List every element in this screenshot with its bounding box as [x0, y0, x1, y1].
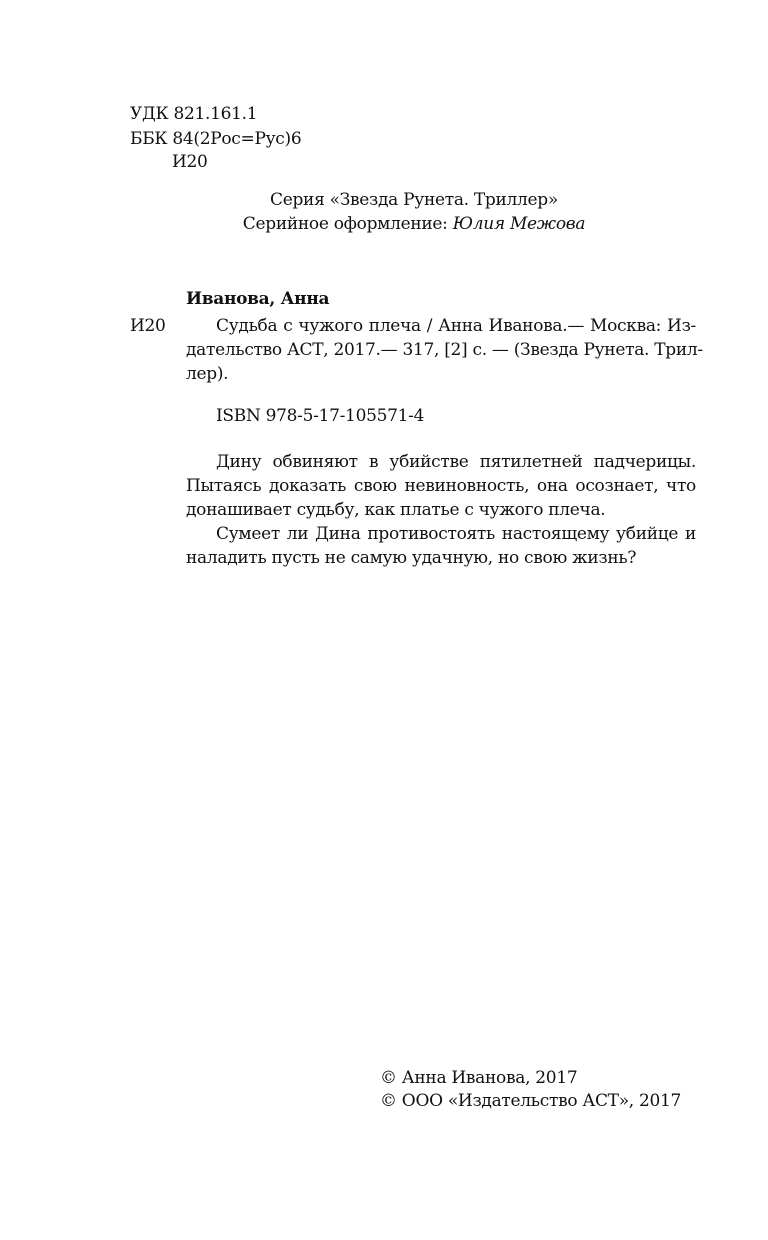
author-heading: Иванова, Анна [186, 288, 329, 310]
bib-description-line: Судьба с чужого плеча / Анна Иванова.— М… [186, 314, 696, 338]
bib-author-sign: И20 [130, 315, 166, 337]
udk-code: УДК 821.161.1 [130, 103, 257, 125]
annotation-line: наладить пусть не самую удачную, но свою… [186, 546, 696, 570]
annotation-line: донашивает судьбу, как платье с чужого п… [186, 498, 696, 522]
copyright-publisher: © ООО «Издательство АСТ», 2017 [380, 1090, 681, 1112]
annotation-line: Пытаясь доказать свою невиновность, она … [186, 474, 696, 498]
bbk-code: ББК 84(2Рос=Рус)6 [130, 128, 301, 150]
series-design-credit: Серийное оформление: Юлия Межова [154, 213, 674, 235]
copyright-author: © Анна Иванова, 2017 [380, 1067, 577, 1089]
isbn: ISBN 978-5-17-105571-4 [216, 405, 424, 427]
annotation-line: Дину обвиняют в убийстве пятилетней падч… [186, 450, 696, 474]
bib-description-line: лер). [186, 362, 696, 386]
design-author: Юлия Межова [453, 214, 585, 234]
series-title: Серия «Звезда Рунета. Триллер» [154, 189, 674, 211]
author-sign: И20 [172, 151, 208, 173]
bib-description-line: дательство АСТ, 2017.— 317, [2] с. — (Зв… [186, 338, 696, 362]
design-label: Серийное оформление: [243, 214, 453, 234]
annotation-line: Сумеет ли Дина противостоять настоящему … [186, 522, 696, 546]
imprint-page: УДК 821.161.1 ББК 84(2Рос=Рус)6 И20 Сери… [0, 0, 768, 1240]
